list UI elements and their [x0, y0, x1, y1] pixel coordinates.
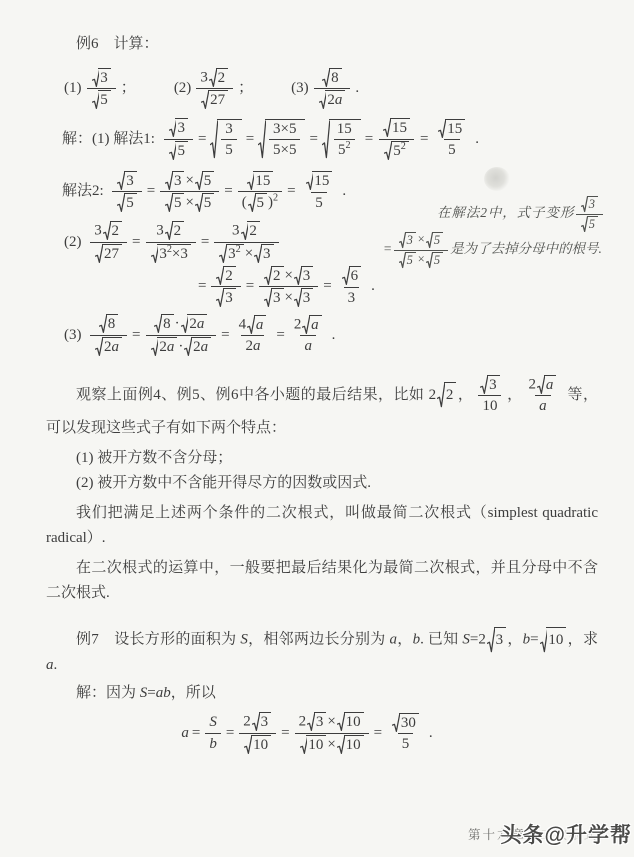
textbook-page: 例6 计算： (1) 35； (2) 3227； (3) 82a. 解：(1) … — [0, 0, 634, 857]
smudge-mark — [484, 167, 510, 191]
problem-1: (1) 35； — [64, 68, 136, 111]
discussion-paragraph-2: 我们把满足上述两个条件的二次根式，叫做最简二次根式（simplest quadr… — [46, 501, 598, 552]
example7-solution-intro: 解：因为 S=ab，所以 — [46, 681, 598, 707]
discussion-paragraph-3: 在二次根式的运算中，一般要把最后结果化为最简二次根式，并且分母中不含二次根式. — [46, 556, 598, 607]
problem-2: (2) 3227； — [174, 68, 253, 111]
discussion-paragraph-1: 观察上面例4、例5、例6中各小题的最后结果，比如 22，310，2aa 等，可以… — [46, 375, 598, 442]
example6-problems-row: (1) 35； (2) 3227； (3) 82a. — [46, 68, 598, 111]
margin-handwritten-note: 在解法2中，式子变形35=3×55×5是为了去掉分母中的根号. — [383, 196, 605, 269]
page-content: 例6 计算： (1) 35； (2) 3227； (3) 82a. 解：(1) … — [0, 0, 634, 755]
part3-line: (3) 82a=8·2a2a·2a=4a2a=2aa. — [46, 314, 598, 357]
part2-line2: =23=2×33×3=63. — [46, 266, 598, 309]
example7-section: 例7 设长方形的面积为 S，相邻两边长分别为 a，b. 已知 S=23，b=10… — [46, 627, 598, 755]
watermark-text: 头条@升学帮 — [501, 819, 632, 849]
feature-point-2: (2) 被开方数中不含能开得尽方的因数或因式. — [46, 471, 598, 497]
feature-point-1: (1) 被开方数不含分母； — [46, 446, 598, 472]
problem-3: (3) 82a. — [291, 68, 359, 111]
discussion-section: 观察上面例4、例5、例6中各小题的最后结果，比如 22，310，2aa 等，可以… — [46, 375, 598, 607]
example7-statement: 例7 设长方形的面积为 S，相邻两边长分别为 a，b. 已知 S=23，b=10… — [46, 627, 598, 679]
example6-heading: 例6 计算： — [46, 32, 598, 58]
example7-equation: a=Sb=2310=23×1010×10=305. — [46, 712, 598, 755]
feature-list: (1) 被开方数不含分母； (2) 被开方数中不含能开得尽方的因数或因式. — [46, 446, 598, 497]
solution1-line: 解：(1) 解法1: 35=35=3×55×5=1552=1552=155. — [46, 118, 598, 161]
